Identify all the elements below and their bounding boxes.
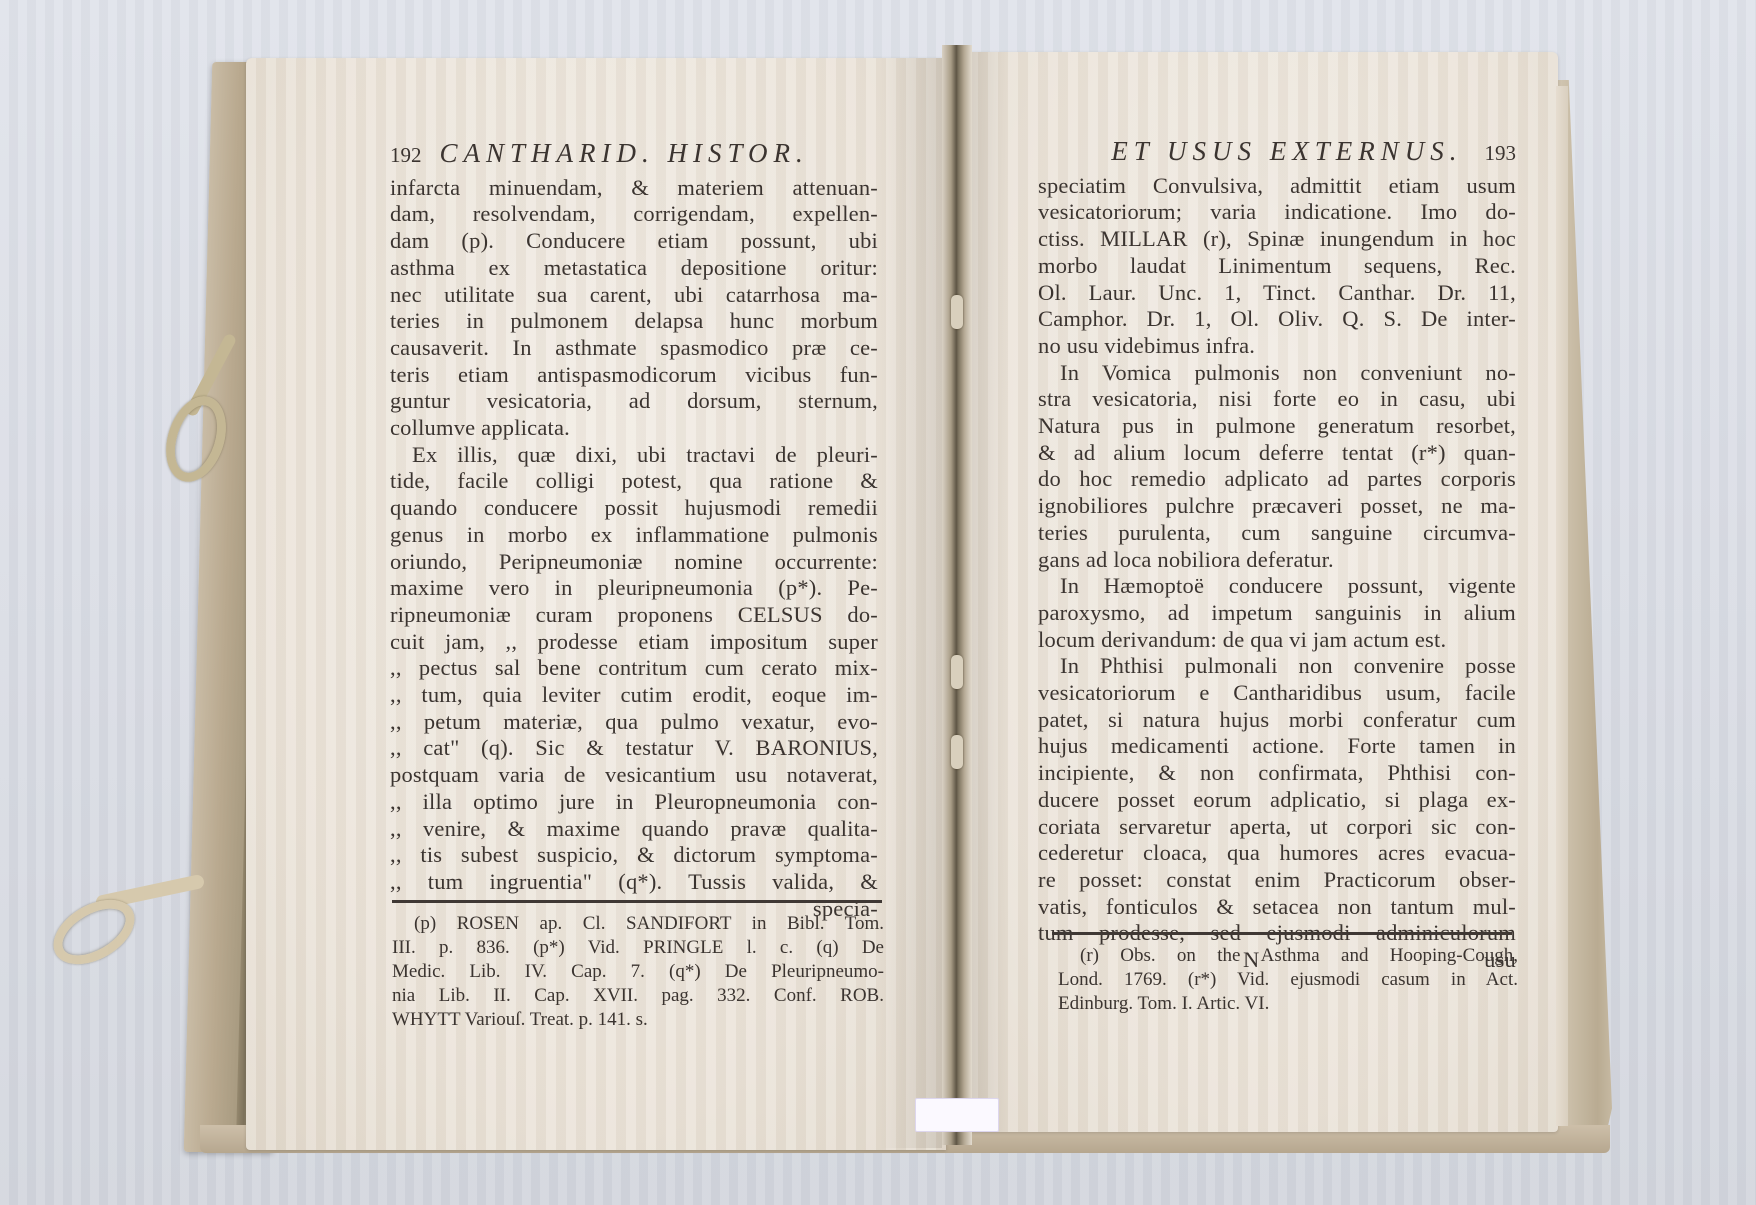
- text-line: Ex illis, quæ dixi, ubi tractavi de pleu…: [390, 442, 878, 469]
- text-line: incipiente, & non confirmata, Phthisi co…: [1038, 760, 1516, 787]
- text-line: asthma ex metastatica depositione oritur…: [390, 255, 878, 282]
- text-line: locum derivandum: de qua vi jam actum es…: [1038, 627, 1516, 654]
- text-line: coriata servaretur aperta, ut corpori si…: [1038, 814, 1516, 841]
- text-line: postquam varia de vesicantium usu notave…: [390, 762, 878, 789]
- footnote-line: Medic. Lib. IV. Cap. 7. (q*) De Pleuripn…: [392, 960, 884, 984]
- footnote-line: (p) ROSEN ap. Cl. SANDIFORT in Bibl. Tom…: [392, 912, 884, 936]
- page-block-edge: [1556, 86, 1568, 1126]
- text-line: morbo laudat Linimentum sequens, Rec.: [1038, 253, 1516, 280]
- text-line: dam, resolvendam, corrigendam, expellen-: [390, 201, 878, 228]
- text-line: dam (p). Conducere etiam possunt, ubi: [390, 228, 878, 255]
- text-line: ,, venire, & maxime quando pravæ qualita…: [390, 816, 878, 843]
- text-line: collumve applicata.: [390, 415, 878, 442]
- text-line: vatis, fonticulos & setacea non tantum m…: [1038, 894, 1516, 921]
- text-line: In Vomica pulmonis non conveniunt no-: [1038, 360, 1516, 387]
- binding-thread: [951, 735, 963, 769]
- text-line: teries in pulmonem delapsa hunc morbum: [390, 308, 878, 335]
- gutter-shadow-right: [968, 52, 1008, 1132]
- text-line: ,, cat" (q). Sic & testatur V. BARONIUS,: [390, 735, 878, 762]
- right-running-head: ET USUS EXTERNUS. 193: [1038, 138, 1516, 167]
- text-line: stra vesicatoria, nisi forte eo in casu,…: [1038, 386, 1516, 413]
- text-line: ducere posset eorum adplicatio, si plaga…: [1038, 787, 1516, 814]
- text-line: Natura pus in pulmone generatum resorbet…: [1038, 413, 1516, 440]
- text-line: speciatim Convulsiva, admittit etiam usu…: [1038, 173, 1516, 200]
- binding-thread: [951, 295, 963, 329]
- text-line: vesicatoriorum e Cantharidibus usum, fac…: [1038, 680, 1516, 707]
- text-line: ,, petum materiæ, qua pulmo vexatur, evo…: [390, 709, 878, 736]
- text-line: ,, tum ingruentia" (q*). Tussis valida, …: [390, 869, 878, 896]
- text-line: maxime vero in pleuripneumonia (p*). Pe-: [390, 575, 878, 602]
- page-number: 192: [390, 142, 422, 169]
- text-line: ,, pectus sal bene contritum cum cerato …: [390, 655, 878, 682]
- text-line: gans ad loca nobiliora deferatur.: [1038, 547, 1516, 574]
- text-line: oriundo, Peripneumoniæ nomine occurrente…: [390, 549, 878, 576]
- text-line: & ad alium locum deferre tentat (r*) qua…: [1038, 440, 1516, 467]
- left-running-head: 192 CANTHARID. HISTOR.: [390, 140, 878, 169]
- page-number: 193: [1485, 140, 1517, 167]
- text-line: tide, facile colligi potest, qua ratione…: [390, 468, 878, 495]
- light-reflection: [915, 1098, 999, 1132]
- text-line: teries purulenta, cum sanguine circumva-: [1038, 520, 1516, 547]
- text-line: Camphor. Dr. 1, Ol. Oliv. Q. S. De inter…: [1038, 306, 1516, 333]
- text-line: re posset: constat enim Practicorum obse…: [1038, 867, 1516, 894]
- footnote-line: (r) Obs. on the Asthma and Hooping-Cough…: [1058, 944, 1518, 968]
- text-line: paroxysmo, ad impetum sanguinis in alium: [1038, 600, 1516, 627]
- text-line: no usu videbimus infra.: [1038, 333, 1516, 360]
- gutter-shadow-left: [880, 58, 942, 1148]
- running-head-title: CANTHARID. HISTOR.: [440, 140, 809, 167]
- text-line: In Hæmoptoë conducere possunt, vigente: [1038, 573, 1516, 600]
- right-page-text: ET USUS EXTERNUS. 193 speciatim Convulsi…: [1038, 138, 1516, 974]
- left-page-text: 192 CANTHARID. HISTOR. infarcta minuenda…: [390, 140, 878, 922]
- text-line: ,, tis subest suspicio, & dictorum sympt…: [390, 842, 878, 869]
- text-line: Ol. Laur. Unc. 1, Tinct. Canthar. Dr. 11…: [1038, 280, 1516, 307]
- footnote-line: III. p. 836. (p*) Vid. PRINGLE l. c. (q)…: [392, 936, 884, 960]
- text-line: ignobiliores pulchre præcaveri posset, n…: [1038, 493, 1516, 520]
- text-line: do hoc remedio adplicato ad partes corpo…: [1038, 466, 1516, 493]
- text-line: cuit jam, ,, prodesse etiam impositum su…: [390, 629, 878, 656]
- text-line: ,, illa optimo jure in Pleuropneumonia c…: [390, 789, 878, 816]
- text-line: cederetur cloaca, qua humores acres evac…: [1038, 840, 1516, 867]
- text-line: teris etiam antispasmodicorum vicibus fu…: [390, 362, 878, 389]
- footnote-line: Lond. 1769. (r*) Vid. ejusmodi casum in …: [1058, 968, 1518, 992]
- left-footnotes: (p) ROSEN ap. Cl. SANDIFORT in Bibl. Tom…: [392, 912, 884, 1032]
- text-line: In Phthisi pulmonali non convenire posse: [1038, 653, 1516, 680]
- text-line: ,, tum, quia leviter cutim erodit, eoque…: [390, 682, 878, 709]
- footnote-rule: [392, 900, 882, 903]
- footnote-line: WHYTT Variouſ. Treat. p. 141. s.: [392, 1008, 884, 1032]
- text-line: ctiss. MILLAR (r), Spinæ inungendum in h…: [1038, 226, 1516, 253]
- text-line: vesicatoriorum; varia indicatione. Imo d…: [1038, 199, 1516, 226]
- text-line: nec utilitate sua carent, ubi catarrhosa…: [390, 282, 878, 309]
- text-line: causaverit. In asthmate spasmodico præ c…: [390, 335, 878, 362]
- footnote-line: nia Lib. II. Cap. XVII. pag. 332. Conf. …: [392, 984, 884, 1008]
- text-line: ripneumoniæ curam proponens CELSUS do-: [390, 602, 878, 629]
- text-line: genus in morbo ex inflammatione pulmonis: [390, 522, 878, 549]
- text-line: guntur vesicatoria, ad dorsum, sternum,: [390, 388, 878, 415]
- text-line: quando conducere possit hujusmodi remedi…: [390, 495, 878, 522]
- text-line: hujus medicamenti actione. Forte tamen i…: [1038, 733, 1516, 760]
- text-line: infarcta minuendam, & materiem attenuan-: [390, 175, 878, 202]
- footnote-rule: [1052, 932, 1512, 935]
- running-head-title: ET USUS EXTERNUS.: [1111, 138, 1462, 165]
- binding-thread: [951, 655, 963, 689]
- footnote-line: Edinburg. Tom. I. Artic. VI.: [1058, 992, 1518, 1016]
- book-gutter-binding: [942, 45, 972, 1145]
- right-footnotes: (r) Obs. on the Asthma and Hooping-Cough…: [1058, 944, 1518, 1016]
- text-line: patet, si natura hujus morbi conferatur …: [1038, 707, 1516, 734]
